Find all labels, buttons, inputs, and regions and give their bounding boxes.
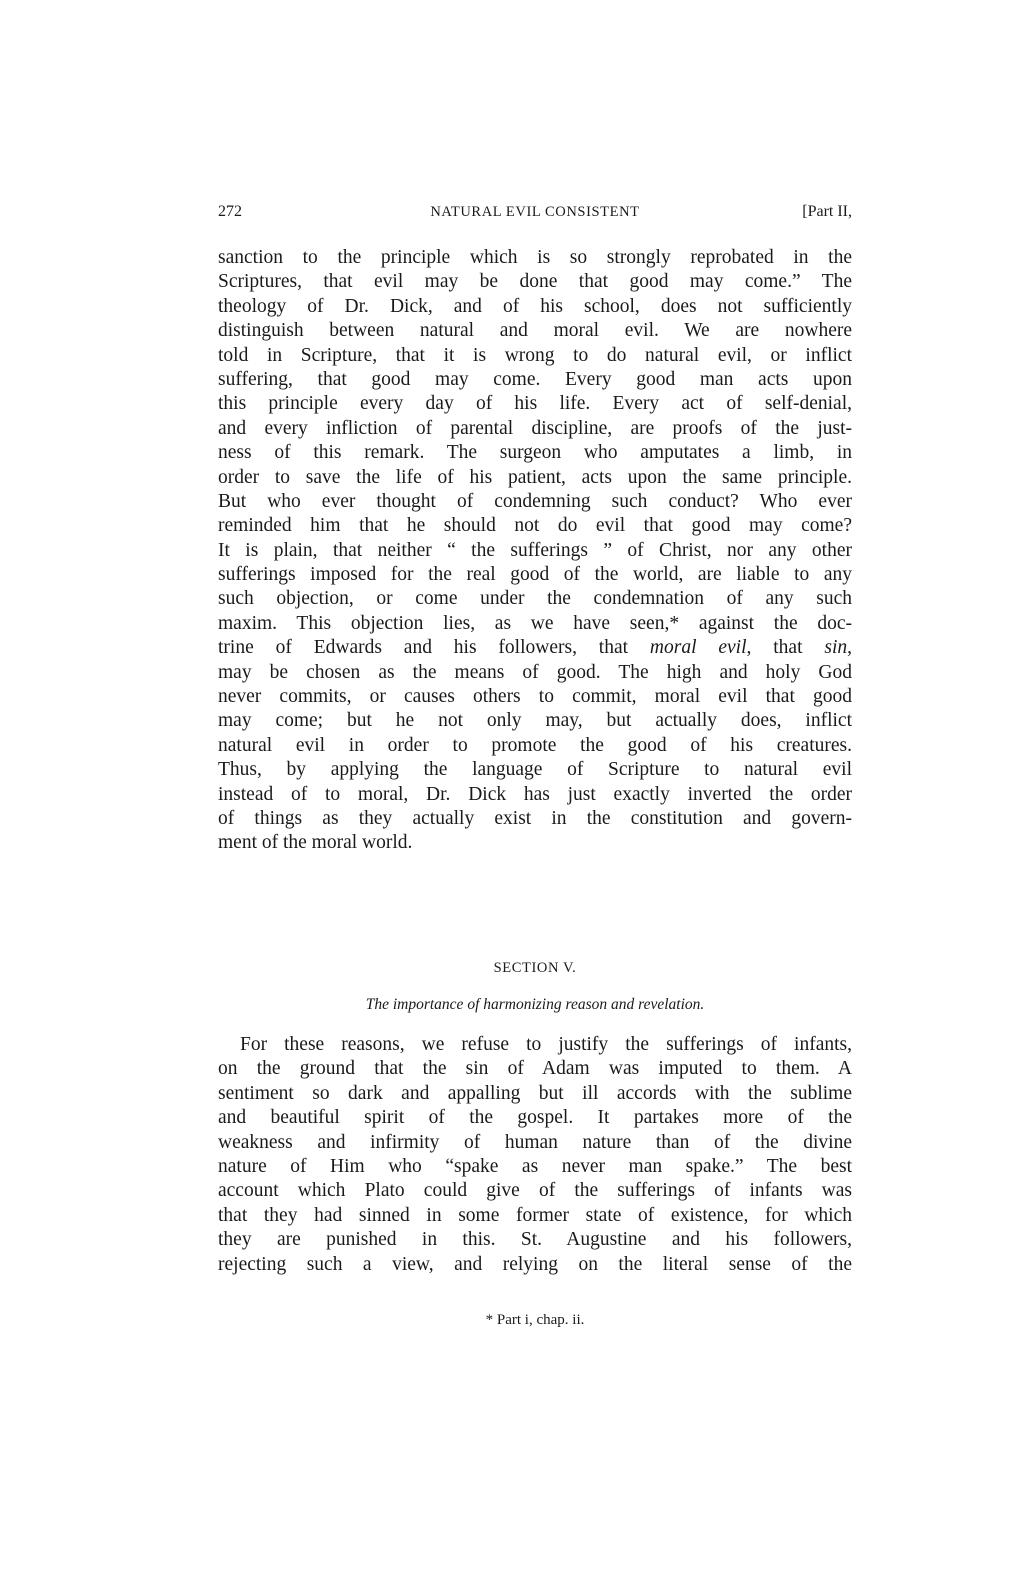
text-line: suffering, that good may come. Every goo…: [218, 368, 852, 392]
text-line: But who ever thought of condemning such …: [218, 490, 852, 514]
text-line: may be chosen as the means of good. The …: [218, 661, 852, 685]
section-subtitle: The importance of harmonizing reason and…: [218, 994, 852, 1016]
text-line: account which Plato could give of the su…: [218, 1179, 852, 1203]
text-line: sufferings imposed for the real good of …: [218, 563, 852, 587]
running-title: NATURAL EVIL CONSISTENT: [218, 200, 852, 224]
italic-phrase-moral-evil: moral evil: [650, 637, 747, 658]
text-line: Thus, by applying the language of Script…: [218, 758, 852, 782]
text-line: and every infliction of parental discipl…: [218, 417, 852, 441]
text-line: of things as they actually exist in the …: [218, 807, 852, 831]
text-line: reminded him that he should not do evil …: [218, 514, 852, 538]
text-line: they are punished in this. St. Augustine…: [218, 1228, 852, 1252]
text-line: rejecting such a view, and relying on th…: [218, 1253, 852, 1277]
footnote: * Part i, chap. ii.: [218, 1310, 852, 1330]
text-line: this principle every day of his life. Ev…: [218, 392, 852, 416]
text-line-last: ment of the moral world.: [218, 831, 852, 855]
text-line: Scriptures, that evil may be done that g…: [218, 270, 852, 294]
running-header: 272 NATURAL EVIL CONSISTENT [Part II,: [218, 200, 852, 224]
paragraph-1: sanction to the principle which is so st…: [218, 246, 852, 856]
text-line: nature of Him who “spake as never man sp…: [218, 1155, 852, 1179]
text-segment: ,: [847, 637, 852, 658]
text-line: It is plain, that neither “ the sufferin…: [218, 539, 852, 563]
text-line: such objection, or come under the condem…: [218, 587, 852, 611]
text-line: distinguish between natural and moral ev…: [218, 319, 852, 343]
text-line: that they had sinned in some former stat…: [218, 1204, 852, 1228]
text-line: never commits, or causes others to commi…: [218, 685, 852, 709]
text-line-with-italics: trine of Edwards and his followers, that…: [218, 636, 852, 660]
text-line: sentiment so dark and appalling but ill …: [218, 1082, 852, 1106]
text-line: on the ground that the sin of Adam was i…: [218, 1057, 852, 1081]
text-line: natural evil in order to promote the goo…: [218, 734, 852, 758]
text-line: sanction to the principle which is so st…: [218, 246, 852, 270]
text-line: instead of to moral, Dr. Dick has just e…: [218, 783, 852, 807]
section-heading: SECTION V.: [218, 958, 852, 978]
text-segment: trine of Edwards and his followers, that: [218, 637, 650, 658]
part-marker: [Part II,: [802, 200, 852, 224]
text-line-indented: For these reasons, we refuse to justify …: [218, 1033, 852, 1057]
text-line: told in Scripture, that it is wrong to d…: [218, 344, 852, 368]
text-line: maxim. This objection lies, as we have s…: [218, 612, 852, 636]
book-page: 272 NATURAL EVIL CONSISTENT [Part II, sa…: [0, 0, 1011, 1580]
text-line: ness of this remark. The surgeon who amp…: [218, 441, 852, 465]
text-line: weakness and infirmity of human nature t…: [218, 1131, 852, 1155]
text-line: may come; but he not only may, but actua…: [218, 709, 852, 733]
italic-word-sin: sin: [824, 637, 847, 658]
text-line: and beautiful spirit of the gospel. It p…: [218, 1106, 852, 1130]
paragraph-2: For these reasons, we refuse to justify …: [218, 1033, 852, 1277]
text-line: theology of Dr. Dick, and of his school,…: [218, 295, 852, 319]
text-line: order to save the life of his patient, a…: [218, 466, 852, 490]
text-segment: , that: [747, 637, 825, 658]
